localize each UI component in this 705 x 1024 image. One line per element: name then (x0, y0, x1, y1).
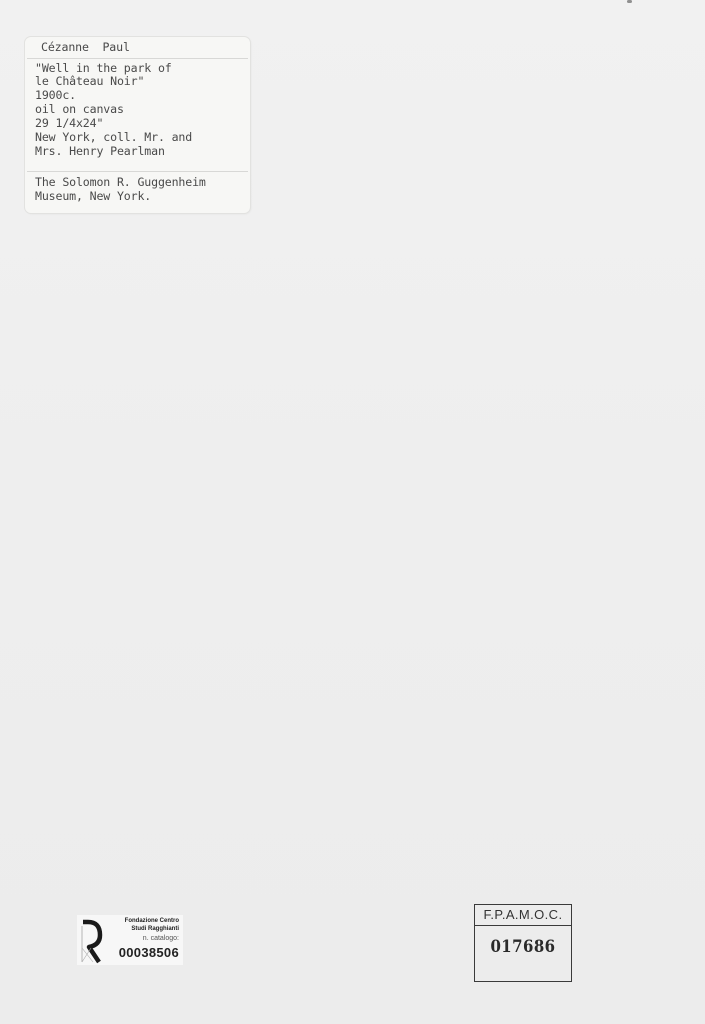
framoc-header: F.P.A.M.O.C. (475, 905, 571, 926)
museum-line-2: Museum, New York. (35, 190, 151, 203)
catalog-number: 00038506 (119, 945, 179, 960)
artwork-title-line-2: le Château Noir" (35, 75, 144, 88)
catalog-label: n. catalogo: (143, 935, 179, 942)
artwork-dimensions: 29 1/4x24" (35, 117, 103, 130)
collection-line-1: New York, coll. Mr. and (35, 131, 192, 144)
ragghianti-r-logo-icon (79, 918, 103, 964)
dust-speck (627, 0, 632, 3)
foundation-name-line-1: Fondazione Centro (125, 918, 179, 924)
framoc-number: 017686 (481, 937, 565, 957)
artwork-label-card: Cézanne Paul "Well in the park of le Châ… (25, 37, 250, 213)
foundation-name-line-2: Studi Ragghianti (131, 926, 179, 932)
artwork-date: 1900c. (35, 89, 76, 102)
artist-name: Cézanne Paul (41, 41, 130, 54)
label-divider (27, 171, 248, 172)
label-divider (27, 58, 248, 59)
catalog-stamp: Fondazione Centro Studi Ragghianti n. ca… (77, 915, 183, 965)
collection-line-2: Mrs. Henry Pearlman (35, 145, 165, 158)
museum-line-1: The Solomon R. Guggenheim (35, 176, 206, 189)
framoc-stamp: F.P.A.M.O.C. 017686 (474, 904, 572, 982)
artwork-medium: oil on canvas (35, 103, 124, 116)
